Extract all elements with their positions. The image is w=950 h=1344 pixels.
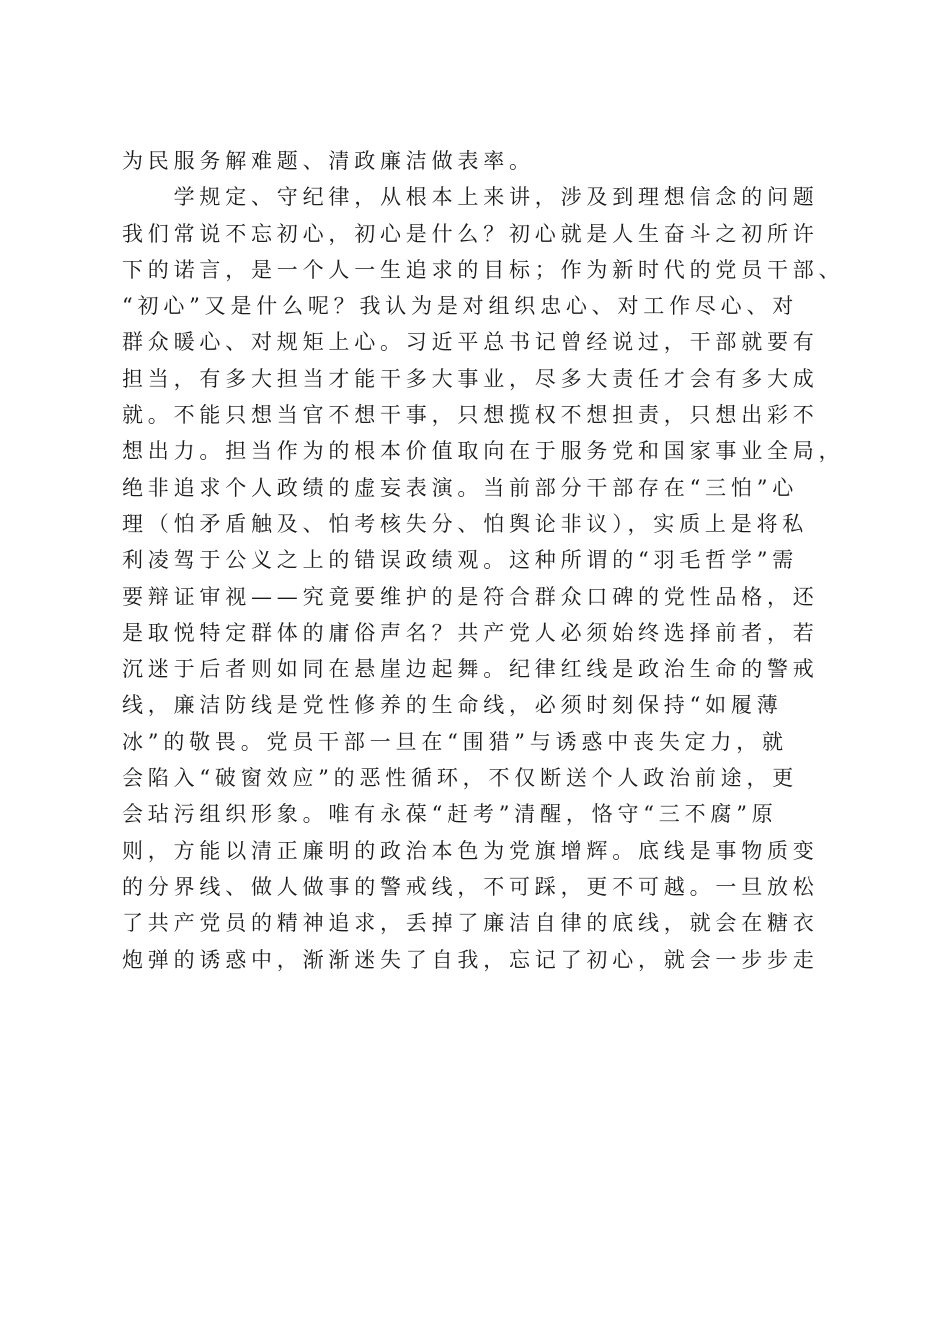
text-line: 则，方能以清正廉明的政治本色为党旗增辉。底线是事物质变	[122, 833, 832, 869]
text-line: 会陷入“破窗效应”的恶性循环，不仅断送个人政治前途，更	[122, 760, 832, 796]
text-line: 担当，有多大担当才能干多大事业，尽多大责任才会有多大成	[122, 361, 832, 397]
text-line: 下的诺言，是一个人一生追求的目标；作为新时代的党员干部、	[122, 252, 832, 288]
document-page: 为民服务解难题、清政廉洁做表率。 学规定、守纪律，从根本上来讲，涉及到理想信念的…	[0, 0, 950, 1344]
text-line: 绝非追求个人政绩的虚妄表演。当前部分干部存在“三怕”心	[122, 470, 832, 506]
text-line: 会玷污组织形象。唯有永葆“赶考”清醒，恪守“三不腐”原	[122, 796, 832, 832]
text-line: 线，廉洁防线是党性修养的生命线，必须时刻保持“如履薄	[122, 687, 832, 723]
text-line: 了共产党员的精神追求，丢掉了廉洁自律的底线，就会在糖衣	[122, 905, 832, 941]
paragraph-start-line: 学规定、守纪律，从根本上来讲，涉及到理想信念的问题	[122, 179, 832, 215]
text-line: 要辩证审视——究竟要维护的是符合群众口碑的党性品格，还	[122, 579, 832, 615]
text-line: 就。不能只想当官不想干事，只想揽权不想担责，只想出彩不	[122, 397, 832, 433]
text-line: 冰”的敬畏。党员干部一旦在“围猎”与诱惑中丧失定力，就	[122, 724, 832, 760]
text-line: 炮弹的诱惑中，渐渐迷失了自我，忘记了初心，就会一步步走	[122, 942, 832, 978]
document-body: 为民服务解难题、清政廉洁做表率。 学规定、守纪律，从根本上来讲，涉及到理想信念的…	[122, 143, 832, 978]
text-line: 的分界线、做人做事的警戒线，不可踩，更不可越。一旦放松	[122, 869, 832, 905]
text-line: 是取悦特定群体的庸俗声名？共产党人必须始终选择前者，若	[122, 615, 832, 651]
text-line: 理（怕矛盾触及、怕考核失分、怕舆论非议），实质上是将私	[122, 506, 832, 542]
text-line: 沉迷于后者则如同在悬崖边起舞。纪律红线是政治生命的警戒	[122, 651, 832, 687]
text-line: 想出力。担当作为的根本价值取向在于服务党和国家事业全局，	[122, 433, 832, 469]
text-line: 利凌驾于公义之上的错误政绩观。这种所谓的“羽毛哲学”需	[122, 542, 832, 578]
text-line: 为民服务解难题、清政廉洁做表率。	[122, 143, 832, 179]
text-line: 我们常说不忘初心，初心是什么？初心就是人生奋斗之初所许	[122, 216, 832, 252]
text-line: “初心”又是什么呢？我认为是对组织忠心、对工作尽心、对	[122, 288, 832, 324]
text-line: 群众暖心、对规矩上心。习近平总书记曾经说过，干部就要有	[122, 324, 832, 360]
